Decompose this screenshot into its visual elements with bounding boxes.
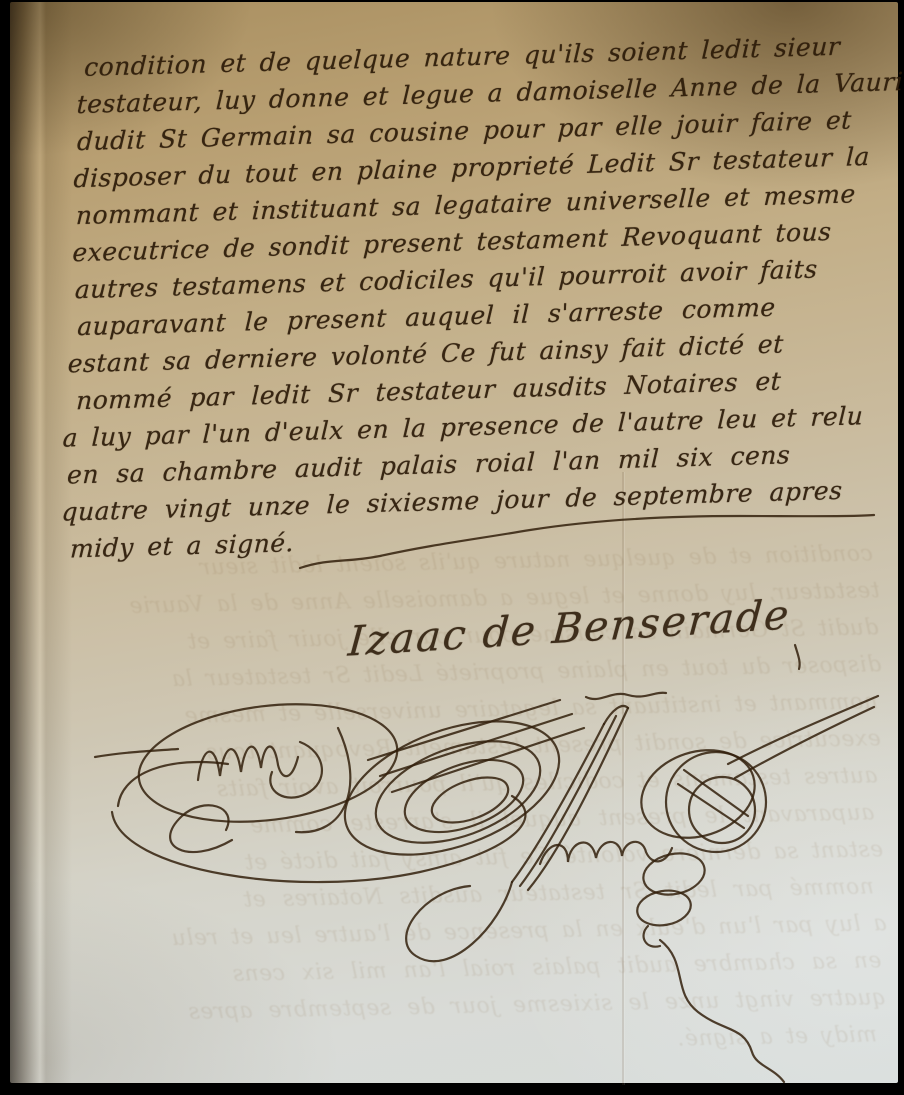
manuscript-line: autres testamens et codiciles qu'il pour… — [37, 757, 878, 812]
manuscript-line: a luy par l'un d'eulx en la presence de … — [40, 905, 887, 960]
paper-crease — [622, 472, 624, 1085]
manuscript-line: nommant et instituant sa legataire unive… — [36, 683, 879, 738]
manuscript-photo: { "document": { "language": "French (17t… — [0, 0, 904, 1095]
manuscript-line: nommé par ledit Sr testateur ausdits Not… — [40, 868, 875, 922]
manuscript-line: estant sa derniere volonté Ce fut ainsy … — [39, 831, 884, 886]
manuscript-text: condition et de quelque nature qu'ils so… — [57, 26, 894, 568]
manuscript-line: auparavant le present auquel il s'arrest… — [38, 794, 875, 848]
manuscript-line: midy et a signé. — [43, 1016, 878, 1070]
manuscript-line: en sa chambre audit palais roial l'an mi… — [41, 942, 882, 997]
manuscript-paper: condition et de quelque nature qu'ils so… — [10, 2, 898, 1083]
manuscript-line: quatre vingt unze le sixiesme jour de se… — [42, 979, 887, 1034]
testator-signature: Izaac de Benserade — [347, 590, 793, 665]
manuscript-line: executrice de sondit present testament R… — [37, 720, 882, 775]
